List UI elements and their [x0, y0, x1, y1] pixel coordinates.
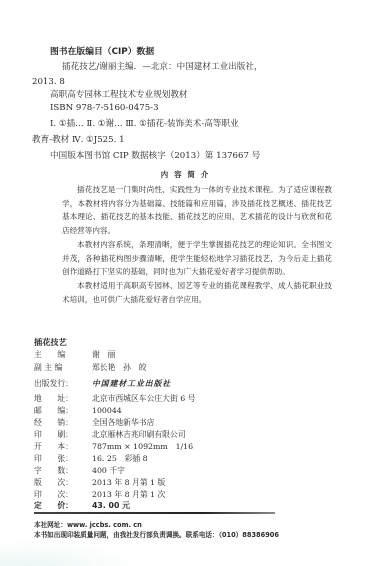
summary-paragraph: 插花技艺是一门集时尚性、实践性为一体的专业技术课程。为了适应课程教学，本教材将内…: [62, 183, 332, 237]
cip-line: 教育-教材 Ⅳ. ①J525. 1: [32, 134, 125, 146]
colophon-row-format: 开 本：787mm × 1092mm 1/16: [34, 441, 193, 453]
cip-number: 中国版本图书馆 CIP 数据核字（2013）第 137667 号: [50, 150, 260, 162]
row-value: 787mm × 1092mm 1/16: [92, 442, 193, 451]
row-value: 全国各地新华书店: [92, 418, 154, 427]
cip-isbn: ISBN 978-7-5160-0475-3: [50, 102, 159, 114]
colophon-row-address: 地 址：北京市西城区车公庄大街 6 号: [34, 393, 195, 405]
row-label: 字 数：: [34, 465, 92, 477]
row-value: 100044: [92, 406, 122, 415]
colophon-row-postcode: 邮 编：100044: [34, 405, 122, 417]
row-label: 版 次：: [34, 477, 92, 489]
cip-line: Ⅰ. ①插… Ⅱ. ①谢… Ⅲ. ①插花-装饰美术-高等职业: [50, 118, 239, 130]
cip-line: 插花技艺/谢丽主编．—北京：中国建材工业出版社，: [62, 61, 263, 73]
cip-line: 2013. 8: [32, 76, 65, 88]
row-label: 出版发行：: [34, 378, 92, 390]
row-value: 16. 25 彩插 8: [92, 454, 148, 463]
colophon-row-word-count: 字 数：400 千字: [34, 465, 125, 477]
row-label: 邮 编：: [34, 405, 92, 417]
separator-rule: [34, 512, 275, 514]
row-label: 副 主 编: [34, 362, 92, 374]
row-label: 印 刷：: [34, 429, 92, 441]
quality-notice: 本书如出现印装质量问题，由我社发行部负责调换。联系电话：（010）8838690…: [34, 529, 279, 539]
publisher-website: 本社网址：www. jccbs. com. cn: [34, 519, 142, 529]
colophon-row-editor: 主 编谢 丽: [34, 349, 115, 361]
colophon-row-edition: 版 次：2013 年 8 月第 1 版: [34, 477, 165, 489]
colophon-row-deputy-editor: 副 主 编郑长艳 孙 皎: [34, 362, 147, 374]
row-value: 400 千字: [92, 466, 125, 475]
book-title: 插花技艺: [34, 336, 67, 348]
price-value: 43. 00 元: [92, 501, 130, 510]
row-label: 经 销：: [34, 417, 92, 429]
colophon-row-price: 定 价：43. 00 元: [34, 500, 130, 512]
row-label: 地 址：: [34, 393, 92, 405]
cip-line: 高职高专园林工程技术专业规划教材: [50, 89, 188, 101]
summary-paragraph: 本教材适用于高职高专园林、园艺等专业的插花课程教学、成人插花职业技术培训，也可供…: [62, 279, 332, 306]
colophon-row-publisher: 出版发行：中国建材工业出版社: [34, 378, 171, 390]
summary-paragraph: 本教材内容系统，条理清晰，便于学生掌握插花技艺的理论知识。全书图文并茂，各种插花…: [62, 238, 332, 279]
summary-title: 内容简介: [0, 169, 375, 180]
cip-heading: 图书在版编目（CIP）数据: [50, 46, 154, 58]
colophon-row-distributor: 经 销：全国各地新华书店: [34, 417, 154, 429]
row-value: 北京市西城区车公庄大街 6 号: [92, 394, 195, 403]
row-value: 2013 年 8 月第 1 次: [92, 490, 165, 499]
row-label: 主 编: [34, 349, 92, 361]
row-label: 开 本：: [34, 441, 92, 453]
row-label: 印 张：: [34, 453, 92, 465]
row-value: 郑长艳 孙 皎: [92, 363, 147, 372]
row-value: 北京雁林吉兆印刷有限公司: [92, 430, 186, 439]
row-label: 定 价：: [34, 500, 92, 512]
colophon-row-sheets: 印 张：16. 25 彩插 8: [34, 453, 148, 465]
scan-tint: [0, 540, 140, 566]
publisher-logo: 中国建材工业出版社: [92, 379, 171, 388]
copyright-page: 图书在版编目（CIP）数据 插花技艺/谢丽主编．—北京：中国建材工业出版社， 2…: [0, 0, 375, 566]
row-value: 谢 丽: [92, 350, 115, 359]
row-value: 2013 年 8 月第 1 版: [92, 478, 165, 487]
colophon-row-printer: 印 刷：北京雁林吉兆印刷有限公司: [34, 429, 186, 441]
